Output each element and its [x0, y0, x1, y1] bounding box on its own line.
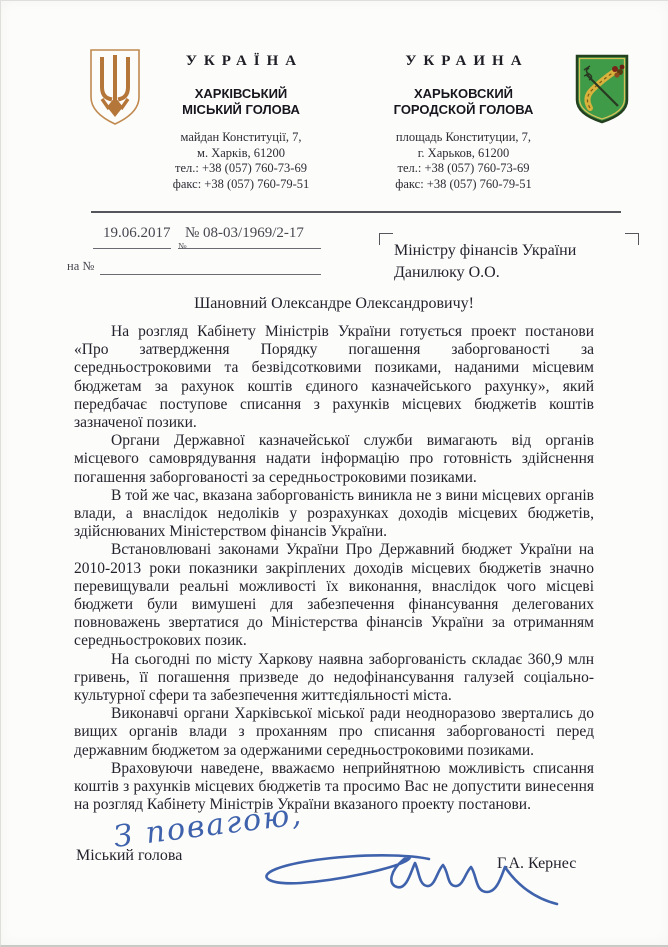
number-underline [178, 248, 321, 249]
addressee-block: Міністру фінансів України Данилюку О.О. [379, 231, 641, 284]
paragraph: Виконавчі органи Харківської міської рад… [74, 705, 594, 760]
form-number-sign: № [178, 241, 187, 251]
reply-underline [100, 274, 321, 275]
paragraph: На розгляд Кабінету Міністрів України го… [74, 323, 594, 432]
handwritten-closing: З повагою, [91, 801, 591, 931]
kharkiv-coat-of-arms [572, 52, 632, 126]
office-title-ru: ХАРЬКОВСКИЙ ГОРОДСКОЙ ГОЛОВА [376, 86, 551, 118]
address-block-ua: майдан Конституції, 7, м. Харків, 61200 … [151, 130, 331, 192]
scanned-letter-page: УКРАЇНА ХАРКІВСЬКИЙ МІСЬКИЙ ГОЛОВА майда… [0, 0, 668, 947]
letter-body: На розгляд Кабінету Міністрів України го… [74, 323, 594, 814]
addressee-name: Данилюку О.О. [394, 262, 641, 284]
salutation: Шановний Олександре Олександровичу! [74, 295, 594, 313]
paragraph: В той же час, вказана заборгованість вин… [74, 487, 594, 542]
letter-number: № 08-03/1969/2-17 [185, 225, 304, 242]
paragraph: Встановлювані законами України Про Держа… [74, 541, 594, 650]
address-corner-right [625, 233, 639, 245]
letterhead-divider [91, 211, 621, 213]
office-title-ua: ХАРКІВСЬКИЙ МІСЬКИЙ ГОЛОВА [151, 86, 331, 118]
date-underline [93, 248, 171, 249]
paragraph: Органи Державної казначейської служби ви… [74, 432, 594, 487]
address-block-ru: площадь Конституции, 7, г. Харьков, 6120… [376, 130, 551, 192]
letterhead-right: УКРАИНА ХАРЬКОВСКИЙ ГОРОДСКОЙ ГОЛОВА пло… [376, 53, 551, 192]
letter-date: 19.06.2017 [103, 225, 171, 242]
country-name-ua: УКРАЇНА [151, 53, 331, 70]
address-corner-left [379, 233, 393, 245]
letterhead-left: УКРАЇНА ХАРКІВСЬКИЙ МІСЬКИЙ ГОЛОВА майда… [151, 53, 331, 192]
handwritten-regards: З повагою, [112, 801, 305, 855]
addressee-title: Міністру фінансів України [394, 240, 641, 262]
country-name-ru: УКРАИНА [376, 53, 551, 70]
paragraph: На сьогодні по місту Харкову наявна забо… [74, 651, 594, 706]
signature-stroke [266, 855, 557, 904]
reply-to-label: на № [67, 259, 94, 274]
ukraine-trident-emblem [87, 47, 143, 127]
